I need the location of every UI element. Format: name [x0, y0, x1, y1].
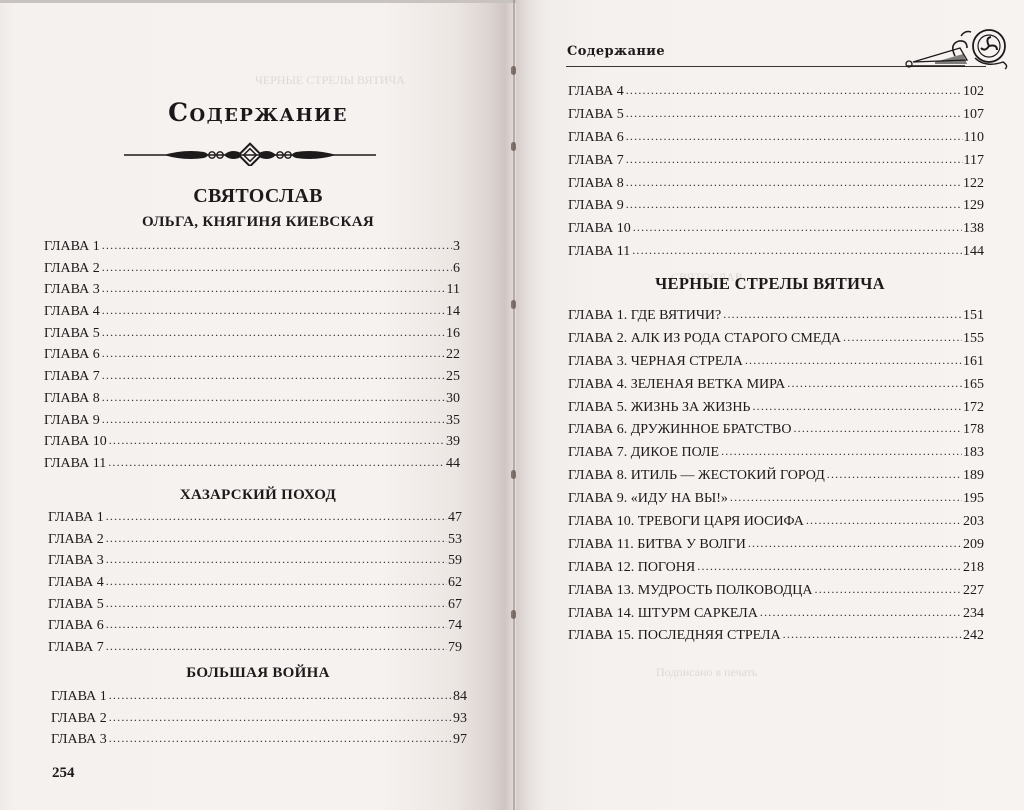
- toc-entry: ГЛАВА 8. ИТИЛЬ — ЖЕСТОКИЙ ГОРОД189: [568, 464, 984, 487]
- dot-leader: [806, 509, 962, 532]
- chapter-title: ГЛАВА 2: [48, 529, 106, 551]
- toc-entry: ГЛАВА 9129: [568, 194, 984, 217]
- chapter-title: ГЛАВА 7: [48, 637, 106, 659]
- toc-entry: ГЛАВА 12. ПОГОНЯ218: [568, 556, 984, 579]
- toc-entry: ГЛАВА 397: [51, 729, 467, 751]
- chapter-title: ГЛАВА 10. ТРЕВОГИ ЦАРЯ ИОСИФА: [568, 511, 806, 534]
- chapter-title: ГЛАВА 13. МУДРОСТЬ ПОЛКОВОДЦА: [568, 580, 815, 603]
- dot-leader: [102, 235, 452, 257]
- chapter-title: ГЛАВА 5: [48, 594, 106, 616]
- toc-list: ГЛАВА 147ГЛАВА 253ГЛАВА 359ГЛАВА 462ГЛАВ…: [48, 507, 462, 659]
- book-spread: ЧЕРНЫЕ СТРЕЛЫ ВЯТИЧА Содержание СВЯТОСЛА…: [0, 0, 1024, 810]
- chapter-page-number: 183: [962, 442, 984, 465]
- toc-entry: ГЛАВА 14. ШТУРМ САРКЕЛА234: [568, 602, 984, 625]
- chapter-page-number: 59: [447, 550, 462, 572]
- chapter-title: ГЛАВА 11. БИТВА У ВОЛГИ: [568, 534, 748, 557]
- chapter-title: ГЛАВА 15. ПОСЛЕДНЯЯ СТРЕЛА: [568, 625, 783, 648]
- dot-leader: [787, 372, 962, 395]
- chapter-title: ГЛАВА 7: [44, 366, 102, 388]
- binding-stitch: [511, 66, 516, 75]
- chapter-title: ГЛАВА 6. ДРУЖИННОЕ БРАТСТВО: [568, 419, 793, 442]
- toc-entry: ГЛАВА 779: [48, 637, 462, 659]
- chapter-page-number: 155: [962, 328, 984, 351]
- chapter-page-number: 44: [445, 453, 460, 475]
- running-head: Содержание: [567, 44, 665, 59]
- toc-list-continued: ГЛАВА 4102ГЛАВА 5107ГЛАВА 6110ГЛАВА 7117…: [568, 80, 984, 263]
- toc-entry: ГЛАВА 1144: [44, 453, 460, 475]
- dot-leader: [106, 636, 447, 658]
- dot-leader: [106, 571, 447, 593]
- binding-stitch: [511, 142, 516, 151]
- page-number: 254: [52, 765, 75, 782]
- chapter-page-number: 67: [447, 594, 462, 616]
- toc-entry: ГЛАВА 9. «ИДУ НА ВЫ!»195: [568, 487, 984, 510]
- chapter-title: ГЛАВА 3. ЧЕРНАЯ СТРЕЛА: [568, 351, 745, 374]
- chapter-page-number: 110: [963, 127, 984, 150]
- toc-entry: ГЛАВА 567: [48, 594, 462, 616]
- chapter-title: ГЛАВА 7: [568, 150, 626, 173]
- chapter-page-number: 25: [445, 366, 460, 388]
- toc-entry: ГЛАВА 462: [48, 572, 462, 594]
- corner-scroll-ornament-icon: [905, 26, 1015, 71]
- chapter-page-number: 234: [962, 603, 984, 626]
- chapter-page-number: 242: [962, 625, 984, 648]
- chapter-page-number: 122: [962, 173, 984, 196]
- chapter-page-number: 144: [962, 241, 984, 264]
- chapter-page-number: 209: [962, 534, 984, 557]
- chapter-title: ГЛАВА 6: [48, 615, 106, 637]
- chapter-page-number: 102: [962, 81, 984, 104]
- chapter-page-number: 6: [452, 258, 460, 280]
- chapter-page-number: 161: [962, 351, 984, 374]
- toc-entry: ГЛАВА 4102: [568, 80, 984, 103]
- dot-leader: [102, 387, 445, 409]
- dot-leader: [843, 326, 962, 349]
- chapter-page-number: 84: [452, 686, 467, 708]
- toc-entry: ГЛАВА 5107: [568, 103, 984, 126]
- dot-leader: [106, 614, 447, 636]
- chapter-page-number: 35: [445, 410, 460, 432]
- chapter-page-number: 74: [447, 615, 462, 637]
- dot-leader: [760, 601, 962, 624]
- chapter-page-number: 3: [452, 236, 460, 258]
- toc-entry: ГЛАВА 1. ГДЕ ВЯТИЧИ?151: [568, 304, 984, 327]
- chapter-page-number: 14: [445, 301, 460, 323]
- chapter-title: ГЛАВА 2: [51, 708, 109, 730]
- chapter-title: ГЛАВА 6: [44, 344, 102, 366]
- chapter-page-number: 30: [445, 388, 460, 410]
- toc-entry: ГЛАВА 184: [51, 686, 467, 708]
- toc-list: ГЛАВА 184ГЛАВА 293ГЛАВА 397: [51, 686, 467, 751]
- dot-leader: [745, 349, 962, 372]
- dot-leader: [697, 555, 962, 578]
- toc-entry: ГЛАВА 13: [44, 236, 460, 258]
- toc-entry: ГЛАВА 147: [48, 507, 462, 529]
- dot-leader: [626, 148, 963, 171]
- chapter-page-number: 93: [452, 708, 467, 730]
- chapter-page-number: 97: [452, 729, 467, 751]
- dot-leader: [626, 79, 962, 102]
- toc-entry: ГЛАВА 2. АЛК ИЗ РОДА СТАРОГО СМЕДА155: [568, 327, 984, 350]
- chapter-page-number: 117: [963, 150, 984, 173]
- toc-entry: ГЛАВА 935: [44, 410, 460, 432]
- toc-entry: ГЛАВА 13. МУДРОСТЬ ПОЛКОВОДЦА227: [568, 579, 984, 602]
- section-title: ХАЗАРСКИЙ ПОХОД: [0, 487, 516, 504]
- dot-leader: [632, 239, 962, 262]
- toc-entry: ГЛАВА 725: [44, 366, 460, 388]
- chapter-page-number: 107: [962, 104, 984, 127]
- dot-leader: [109, 430, 445, 452]
- dot-leader: [109, 707, 452, 729]
- toc-entry: ГЛАВА 26: [44, 258, 460, 280]
- chapter-title: ГЛАВА 8: [44, 388, 102, 410]
- chapter-page-number: 189: [962, 465, 984, 488]
- chapter-title: ГЛАВА 1: [48, 507, 106, 529]
- toc-entry: ГЛАВА 311: [44, 279, 460, 301]
- dot-leader: [626, 102, 962, 125]
- toc-entry: ГЛАВА 7. ДИКОЕ ПОЛЕ183: [568, 441, 984, 464]
- chapter-title: ГЛАВА 4: [568, 81, 626, 104]
- dot-leader: [626, 125, 963, 148]
- dot-leader: [626, 171, 962, 194]
- toc-entry: ГЛАВА 7117: [568, 149, 984, 172]
- dot-leader: [102, 257, 452, 279]
- chapter-title: ГЛАВА 2: [44, 258, 102, 280]
- bleed-through-text: ЧЕРНЫЕ СТРЕЛЫ ВЯТИЧА: [255, 73, 405, 88]
- dot-leader: [815, 578, 962, 601]
- dot-leader: [827, 463, 962, 486]
- chapter-page-number: 138: [962, 218, 984, 241]
- page-title: Содержание: [0, 98, 516, 127]
- chapter-title: ГЛАВА 9: [44, 410, 102, 432]
- chapter-title: ГЛАВА 9. «ИДУ НА ВЫ!»: [568, 488, 730, 511]
- chapter-page-number: 195: [962, 488, 984, 511]
- chapter-page-number: 218: [962, 557, 984, 580]
- chapter-page-number: 16: [445, 323, 460, 345]
- chapter-page-number: 227: [962, 580, 984, 603]
- chapter-title: ГЛАВА 4: [44, 301, 102, 323]
- chapter-page-number: 178: [962, 419, 984, 442]
- binding-stitch: [511, 470, 516, 479]
- dot-leader: [106, 593, 447, 615]
- chapter-title: ГЛАВА 11: [44, 453, 108, 475]
- dot-leader: [102, 322, 445, 344]
- chapter-page-number: 39: [445, 431, 460, 453]
- chapter-page-number: 11: [446, 279, 460, 301]
- chapter-title: ГЛАВА 3: [48, 550, 106, 572]
- dot-leader: [102, 278, 446, 300]
- toc-entry: ГЛАВА 622: [44, 344, 460, 366]
- toc-entry: ГЛАВА 10. ТРЕВОГИ ЦАРЯ ИОСИФА203: [568, 510, 984, 533]
- toc-entry: ГЛАВА 15. ПОСЛЕДНЯЯ СТРЕЛА242: [568, 624, 984, 647]
- chapter-title: ГЛАВА 11: [568, 241, 632, 264]
- toc-entry: ГЛАВА 8122: [568, 172, 984, 195]
- bleed-through-text: Подписано в печать: [656, 665, 757, 680]
- chapter-title: ГЛАВА 2. АЛК ИЗ РОДА СТАРОГО СМЕДА: [568, 328, 843, 351]
- dot-leader: [102, 343, 445, 365]
- toc-entry: ГЛАВА 414: [44, 301, 460, 323]
- chapter-title: ГЛАВА 1. ГДЕ ВЯТИЧИ?: [568, 305, 723, 328]
- dot-leader: [106, 549, 447, 571]
- chapter-title: ГЛАВА 5. ЖИЗНЬ ЗА ЖИЗНЬ: [568, 397, 752, 420]
- section-title: ЧЕРНЫЕ СТРЕЛЫ ВЯТИЧА: [516, 274, 1024, 294]
- chapter-title: ГЛАВА 5: [568, 104, 626, 127]
- chapter-title: ГЛАВА 8. ИТИЛЬ — ЖЕСТОКИЙ ГОРОД: [568, 465, 827, 488]
- part-title: СВЯТОСЛАВ: [0, 185, 516, 208]
- dot-leader: [748, 532, 962, 555]
- toc-entry: ГЛАВА 293: [51, 708, 467, 730]
- chapter-page-number: 129: [962, 195, 984, 218]
- toc-entry: ГЛАВА 4. ЗЕЛЕНАЯ ВЕТКА МИРА165: [568, 373, 984, 396]
- dot-leader: [633, 216, 962, 239]
- chapter-page-number: 172: [962, 397, 984, 420]
- toc-entry: ГЛАВА 11144: [568, 240, 984, 263]
- dot-leader: [783, 623, 962, 646]
- dot-leader: [730, 486, 962, 509]
- chapter-title: ГЛАВА 5: [44, 323, 102, 345]
- toc-entry: ГЛАВА 516: [44, 323, 460, 345]
- binding-stitch: [511, 300, 516, 309]
- left-page: ЧЕРНЫЕ СТРЕЛЫ ВЯТИЧА Содержание СВЯТОСЛА…: [0, 0, 516, 810]
- dot-leader: [626, 193, 962, 216]
- toc-entry: ГЛАВА 6. ДРУЖИННОЕ БРАТСТВО178: [568, 418, 984, 441]
- dot-leader: [102, 365, 445, 387]
- chapter-page-number: 79: [447, 637, 462, 659]
- chapter-page-number: 53: [447, 529, 462, 551]
- toc-entry: ГЛАВА 1039: [44, 431, 460, 453]
- toc-entry: ГЛАВА 10138: [568, 217, 984, 240]
- chapter-title: ГЛАВА 1: [44, 236, 102, 258]
- dot-leader: [723, 303, 962, 326]
- dot-leader: [102, 409, 445, 431]
- dot-leader: [106, 528, 447, 550]
- divider-ornament-icon: [124, 142, 376, 166]
- chapter-page-number: 151: [962, 305, 984, 328]
- chapter-title: ГЛАВА 3: [44, 279, 102, 301]
- toc-entry: ГЛАВА 3. ЧЕРНАЯ СТРЕЛА161: [568, 350, 984, 373]
- toc-list: ГЛАВА 13ГЛАВА 26ГЛАВА 311ГЛАВА 414ГЛАВА …: [44, 236, 460, 475]
- section-title: БОЛЬШАЯ ВОЙНА: [0, 665, 516, 682]
- chapter-title: ГЛАВА 1: [51, 686, 109, 708]
- dot-leader: [721, 440, 962, 463]
- dot-leader: [793, 417, 962, 440]
- dot-leader: [108, 452, 445, 474]
- chapter-page-number: 203: [962, 511, 984, 534]
- chapter-page-number: 165: [962, 374, 984, 397]
- toc-list: ГЛАВА 1. ГДЕ ВЯТИЧИ?151ГЛАВА 2. АЛК ИЗ Р…: [568, 304, 984, 647]
- chapter-title: ГЛАВА 10: [568, 218, 633, 241]
- toc-entry: ГЛАВА 5. ЖИЗНЬ ЗА ЖИЗНЬ172: [568, 396, 984, 419]
- dot-leader: [752, 395, 962, 418]
- dot-leader: [106, 506, 447, 528]
- chapter-title: ГЛАВА 12. ПОГОНЯ: [568, 557, 697, 580]
- book-gutter: [513, 0, 515, 810]
- chapter-title: ГЛАВА 3: [51, 729, 109, 751]
- chapter-page-number: 62: [447, 572, 462, 594]
- dot-leader: [109, 685, 452, 707]
- section-title: ОЛЬГА, КНЯГИНЯ КИЕВСКАЯ: [0, 214, 516, 231]
- chapter-page-number: 22: [445, 344, 460, 366]
- toc-entry: ГЛАВА 6110: [568, 126, 984, 149]
- dot-leader: [102, 300, 445, 322]
- chapter-title: ГЛАВА 7. ДИКОЕ ПОЛЕ: [568, 442, 721, 465]
- binding-stitch: [511, 610, 516, 619]
- chapter-page-number: 47: [447, 507, 462, 529]
- chapter-title: ГЛАВА 4: [48, 572, 106, 594]
- toc-entry: ГЛАВА 253: [48, 529, 462, 551]
- chapter-title: ГЛАВА 9: [568, 195, 626, 218]
- toc-entry: ГЛАВА 11. БИТВА У ВОЛГИ209: [568, 533, 984, 556]
- chapter-title: ГЛАВА 10: [44, 431, 109, 453]
- toc-entry: ГЛАВА 359: [48, 550, 462, 572]
- dot-leader: [109, 728, 452, 750]
- chapter-title: ГЛАВА 4. ЗЕЛЕНАЯ ВЕТКА МИРА: [568, 374, 787, 397]
- chapter-title: ГЛАВА 6: [568, 127, 626, 150]
- chapter-title: ГЛАВА 14. ШТУРМ САРКЕЛА: [568, 603, 760, 626]
- toc-entry: ГЛАВА 830: [44, 388, 460, 410]
- chapter-title: ГЛАВА 8: [568, 173, 626, 196]
- toc-entry: ГЛАВА 674: [48, 615, 462, 637]
